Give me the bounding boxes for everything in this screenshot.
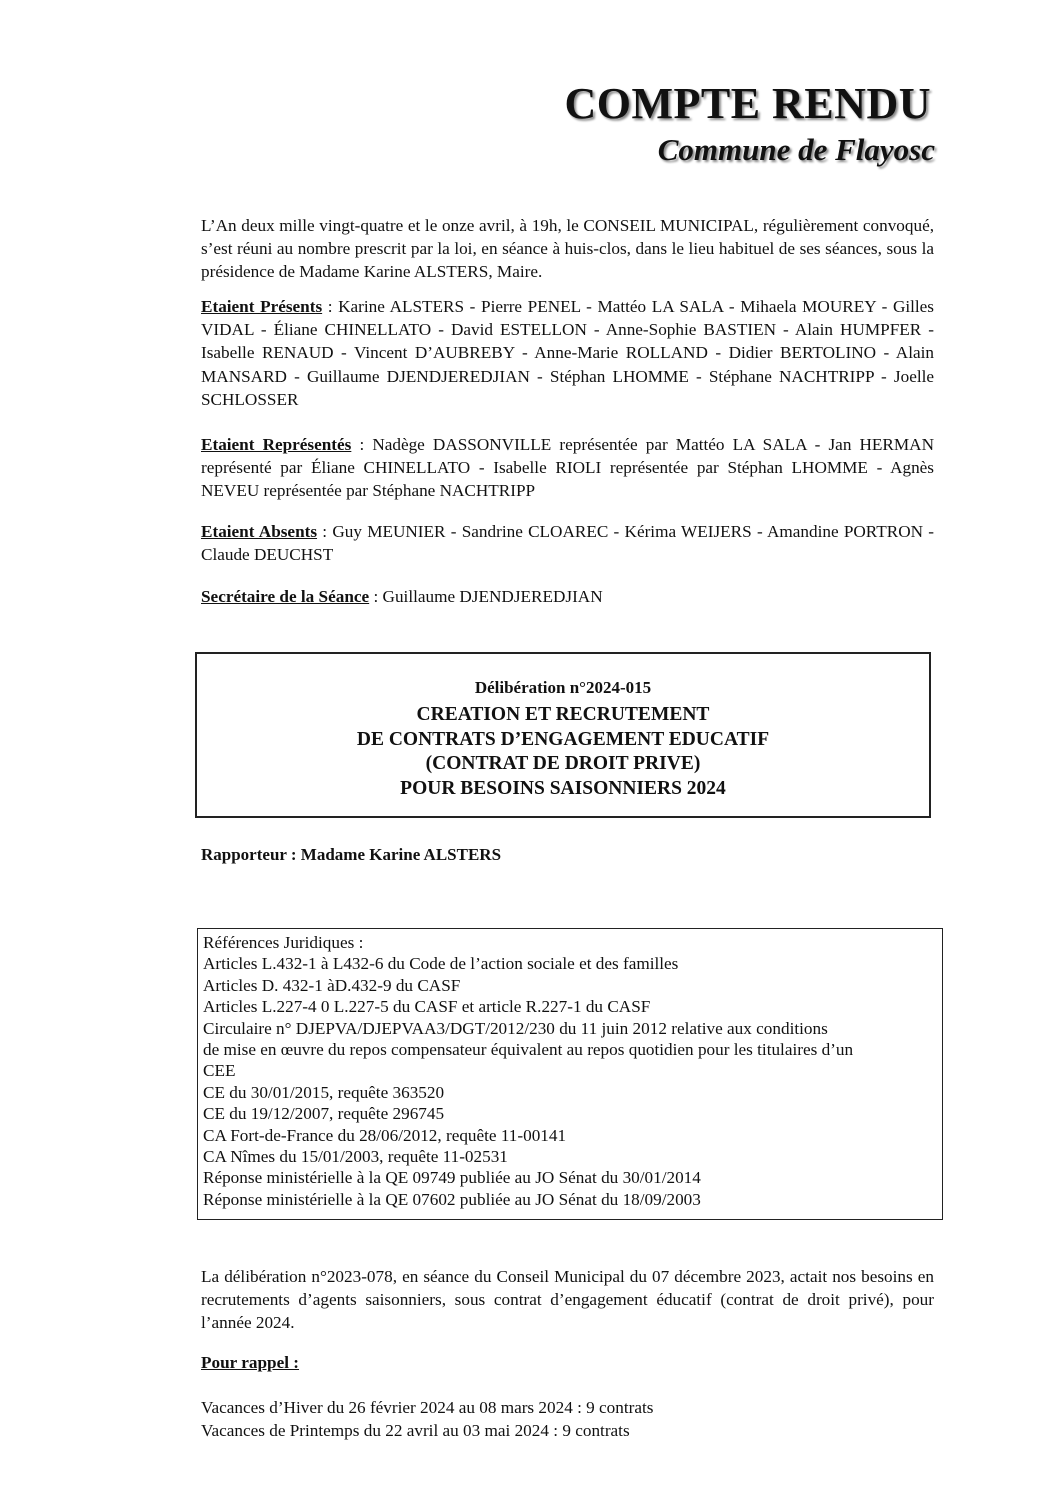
reference-item: CE du 30/01/2015, requête 363520: [203, 1082, 942, 1103]
reference-item: Articles L.432-1 à L432-6 du Code de l’a…: [203, 953, 942, 974]
reference-item: de mise en œuvre du repos compensateur é…: [203, 1039, 942, 1060]
absents-paragraph: Etaient Absents : Guy MEUNIER - Sandrine…: [201, 520, 934, 566]
represented-label: Etaient Représentés: [201, 435, 351, 454]
deliberation-title-line: POUR BESOINS SAISONNIERS 2024: [197, 777, 929, 802]
reference-item: CEE: [203, 1060, 942, 1081]
deliberation-title: CREATION ET RECRUTEMENT DE CONTRATS D’EN…: [197, 703, 929, 801]
secretary-label: Secrétaire de la Séance: [201, 587, 369, 606]
commune-name: Commune de Flayosc: [658, 130, 935, 170]
deliberation-title-line: (CONTRAT DE DROIT PRIVE): [197, 752, 929, 777]
rappel-item: Vacances d’Hiver du 26 février 2024 au 0…: [201, 1397, 653, 1419]
reference-item: Circulaire n° DJEPVA/DJEPVAA3/DGT/2012/2…: [203, 1018, 942, 1039]
document-title: COMPTE RENDU: [564, 78, 931, 130]
presents-paragraph: Etaient Présents : Karine ALSTERS - Pier…: [201, 295, 934, 411]
reference-item: CA Nîmes du 15/01/2003, requête 11-02531: [203, 1146, 942, 1167]
intro-paragraph: L’An deux mille vingt-quatre et le onze …: [201, 214, 934, 284]
deliberation-title-line: DE CONTRATS D’ENGAGEMENT EDUCATIF: [197, 728, 929, 753]
rappel-label: Pour rappel :: [201, 1353, 299, 1372]
presents-label: Etaient Présents: [201, 297, 322, 316]
rappel-item: Vacances de Printemps du 22 avril au 03 …: [201, 1420, 630, 1442]
deliberation-title-line: CREATION ET RECRUTEMENT: [197, 703, 929, 728]
legal-references-box: Références Juridiques : Articles L.432-1…: [197, 928, 943, 1220]
reference-item: Articles L.227-4 0 L.227-5 du CASF et ar…: [203, 996, 942, 1017]
body-paragraph: La délibération n°2023-078, en séance du…: [201, 1265, 934, 1335]
rapporteur: Rapporteur : Madame Karine ALSTERS: [201, 845, 501, 865]
secretary-paragraph: Secrétaire de la Séance : Guillaume DJEN…: [201, 585, 934, 608]
reference-item: CE du 19/12/2007, requête 296745: [203, 1103, 942, 1124]
reference-item: Réponse ministérielle à la QE 09749 publ…: [203, 1167, 942, 1188]
references-heading: Références Juridiques :: [203, 932, 942, 953]
reference-item: Réponse ministérielle à la QE 07602 publ…: [203, 1189, 942, 1210]
reference-item: Articles D. 432-1 àD.432-9 du CASF: [203, 975, 942, 996]
rappel-paragraph: Pour rappel :: [201, 1351, 934, 1374]
absents-label: Etaient Absents: [201, 522, 317, 541]
deliberation-box: Délibération n°2024-015 CREATION ET RECR…: [195, 652, 931, 818]
represented-paragraph: Etaient Représentés : Nadège DASSONVILLE…: [201, 433, 934, 503]
reference-item: CA Fort-de-France du 28/06/2012, requête…: [203, 1125, 942, 1146]
secretary-name: : Guillaume DJENDJEREDJIAN: [369, 587, 602, 606]
deliberation-number: Délibération n°2024-015: [197, 677, 929, 699]
